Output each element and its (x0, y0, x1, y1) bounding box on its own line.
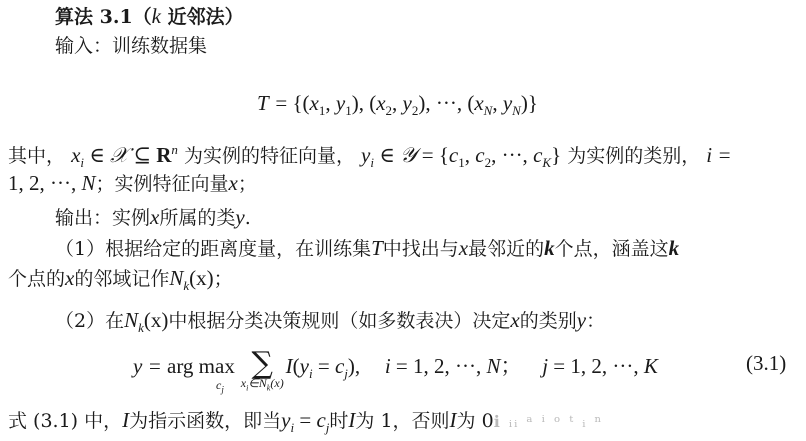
step1-text-b: 中找出与 (383, 238, 459, 260)
footnote-condition: yi = cj (281, 408, 329, 432)
formula-lhs: y = (133, 354, 167, 378)
condition-i: i = 1, 2, ···, N； (385, 354, 522, 378)
footnote-a: 式 (3.1) 中， (8, 410, 122, 432)
where-prefix: 其中， (8, 145, 65, 167)
step2-prefix: （2）在 (55, 310, 124, 332)
indicator-term: I(yi = cj), (286, 354, 361, 378)
step2-Nk: Nk(x) (124, 308, 168, 332)
output-mid: 所属的类 (159, 207, 235, 229)
title-suffix: 近邻法） (161, 6, 244, 28)
x-description: 为实例的特征向量， (184, 145, 355, 167)
step1-text-a: （1）根据给定的距离度量，在训练集 (55, 238, 371, 260)
step1-text-d: 个点，涵盖这 (555, 238, 669, 260)
feature-desc: ；实例特征向量 (96, 173, 229, 195)
summation: ∑ xi∈Nk(x) (252, 346, 273, 381)
end-punct: ； (238, 173, 257, 195)
algorithm-title: 算法 3.1（k 近邻法） (55, 4, 244, 29)
y-description: 为实例的类别， (567, 145, 700, 167)
formula-3-1: y = arg max cj ∑ xi∈Nk(x) I(yi = cj), i … (133, 346, 658, 381)
step1-text-e: 个点的 (8, 268, 65, 290)
output-label: 输出：实例 (55, 207, 150, 229)
dataset-rhs: = {(x1, y1), (x2, y2), ···, (xN, yN)} (275, 91, 538, 115)
sum-subscript: xi∈Nk(x) (241, 376, 284, 391)
output-end: . (245, 207, 251, 229)
output-x: x (150, 205, 159, 229)
footnote-d: 为 1，否则 (355, 410, 449, 432)
condition-j: j = 1, 2, ···, K (542, 354, 658, 378)
step1-k2: k (669, 236, 680, 260)
watermark: ℹ ᵢᵢ ᵃ ⁱ ᵒ ᵗ ᵢ ⁿ (494, 412, 604, 431)
where-line-2: 1, 2, ···, N；实例特征向量x； (8, 171, 257, 196)
footnote-c: 时 (329, 410, 348, 432)
equation-number: (3.1) (746, 351, 786, 375)
step2-end: ： (586, 310, 605, 332)
footnote-I3: I (450, 408, 457, 432)
step2-mid: 中根据分类决策规则（如多数表决）决定 (168, 310, 510, 332)
dataset-T: T (257, 91, 269, 115)
step1-k: k (544, 236, 555, 260)
step2-x: x (510, 308, 519, 332)
step1-x2: x (65, 266, 74, 290)
step2-line: （2）在Nk(x)中根据分类决策规则（如多数表决）决定x的类别y： (55, 308, 605, 333)
input-label: 输入：训练数据集 (55, 34, 207, 58)
footnote-b: 为指示函数，即当 (129, 410, 281, 432)
step1-line-1: （1）根据给定的距离度量，在训练集T中找出与x最邻近的k个点，涵盖这k (55, 236, 679, 261)
i-eq: i = (706, 143, 731, 167)
dataset-equation: T = {(x1, y1), (x2, y2), ···, (xN, yN)} (257, 91, 538, 115)
step1-end: ； (214, 268, 233, 290)
step1-text-c: 最邻近的 (468, 238, 544, 260)
title-k: k (152, 4, 161, 28)
title-prefix: 算法 3.1（ (55, 6, 152, 28)
argmax-subscript: cj (216, 378, 224, 393)
argmax: arg max cj (167, 354, 235, 379)
where-line-1: 其中， xi ∈ 𝒳 ⊆ Rn 为实例的特征向量， yi ∈ 𝒴 = {c1, … (8, 143, 732, 168)
index-range: 1, 2, ···, N (8, 171, 96, 195)
step2-y: y (577, 308, 586, 332)
x-definition: xi ∈ 𝒳 ⊆ Rn (71, 143, 178, 167)
var-x: x (229, 171, 238, 195)
step1-line-2: 个点的x的邻域记作Nk(x)； (8, 266, 233, 291)
y-definition: yi ∈ 𝒴 = {c1, c2, ···, cK} (361, 143, 561, 167)
step1-x: x (459, 236, 468, 260)
step1-text-f: 的邻域记作 (74, 268, 169, 290)
step1-T: T (371, 236, 383, 260)
output-y: y (235, 205, 244, 229)
footnote-line: 式 (3.1) 中，I为指示函数，即当yi = cj时I为 1，否则I为 0ℹ … (8, 408, 603, 434)
step2-mid2: 的类别 (520, 310, 577, 332)
neighborhood-Nk: Nk(x) (169, 266, 213, 290)
output-line: 输出：实例x所属的类y. (55, 205, 251, 230)
footnote-e: 为 0 (457, 410, 494, 432)
